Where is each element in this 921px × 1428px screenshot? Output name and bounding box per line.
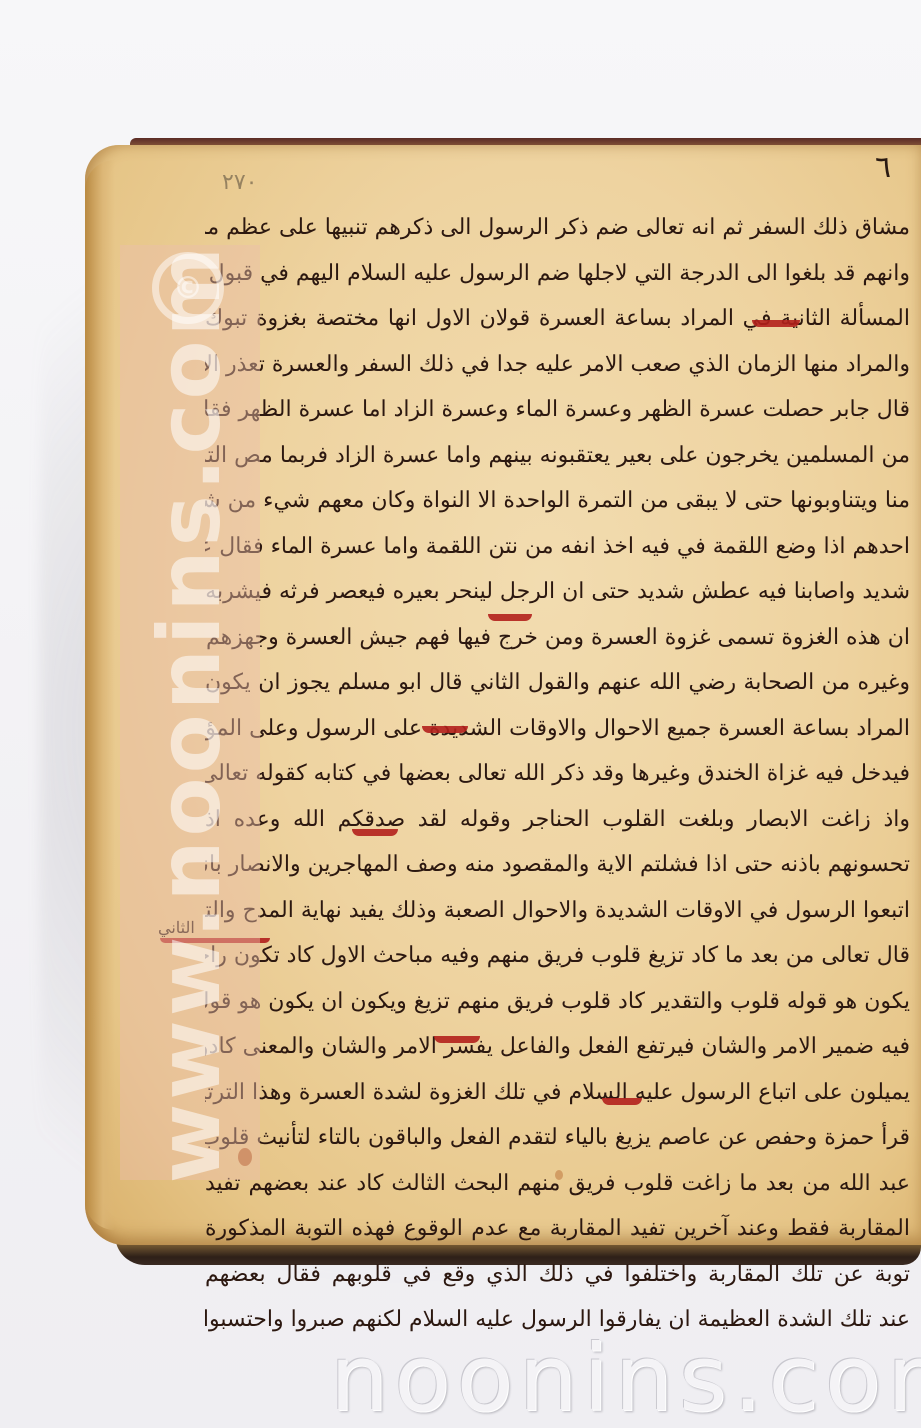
rubric-mark xyxy=(602,1098,642,1105)
folio-number: ٢٧٠ xyxy=(222,170,257,195)
page-worn-edge xyxy=(85,160,115,1230)
text-line: من المسلمين يخرجون على بعير يعتقبونه بين… xyxy=(205,433,910,479)
text-line: المقاربة فقط وعند آخرين تفيد المقاربة مع… xyxy=(205,1206,910,1252)
footer-watermark: noonins.com xyxy=(330,1325,921,1428)
vertical-watermark-text: www.noonins.com xyxy=(140,242,240,1182)
text-line: ان هذه الغزوة تسمى غزوة العسرة ومن خرج ف… xyxy=(205,615,910,661)
vertical-watermark: www.noonins.com xyxy=(120,245,260,1180)
text-line: احدهم اذا وضع اللقمة في فيه اخذ انفه من … xyxy=(205,524,910,570)
rubric-mark xyxy=(752,320,800,327)
text-line: فيدخل فيه غزاة الخندق وغيرها وقد ذكر الل… xyxy=(205,751,910,797)
text-line: عبد الله من بعد ما زاغت قلوب فريق منهم ا… xyxy=(205,1161,910,1207)
text-line: يكون هو قوله قلوب والتقدير كاد قلوب فريق… xyxy=(205,979,910,1025)
text-line: يميلون على اتباع الرسول عليه السلام في ت… xyxy=(205,1070,910,1116)
ink-stain xyxy=(555,1170,563,1180)
text-line: منا ويتناوبونها حتى لا يبقى من التمرة ال… xyxy=(205,478,910,524)
text-line: مشاق ذلك السفر ثم انه تعالى ضم ذكر الرسو… xyxy=(205,205,910,251)
text-line: واذ زاغت الابصار وبلغت القلوب الحناجر وق… xyxy=(205,797,910,843)
text-line: وانهم قد بلغوا الى الدرجة التي لاجلها ضم… xyxy=(205,251,910,297)
text-line: شديد واصابنا فيه عطش شديد حتى ان الرجل ل… xyxy=(205,569,910,615)
rubric-mark xyxy=(434,1036,480,1043)
text-line: اتبعوا الرسول في الاوقات الشديدة والاحوا… xyxy=(205,888,910,934)
rubric-mark xyxy=(488,614,532,621)
text-line: توبة عن تلك المقاربة واختلفوا في ذلك الذ… xyxy=(205,1252,910,1298)
corner-mark: ٦ xyxy=(875,150,891,185)
rubric-mark xyxy=(352,829,398,836)
rubric-mark xyxy=(422,726,468,733)
text-line: تحسونهم باذنه حتى اذا فشلتم الاية والمقص… xyxy=(205,842,910,888)
text-line: قرأ حمزة وحفص عن عاصم يزيغ بالياء لتقدم … xyxy=(205,1115,910,1161)
text-line: قال تعالى من بعد ما كاد تزيغ قلوب فريق م… xyxy=(205,933,910,979)
text-line: وغيره من الصحابة رضي الله عنهم والقول ال… xyxy=(205,660,910,706)
text-line: والمراد منها الزمان الذي صعب الامر عليه … xyxy=(205,342,910,388)
text-line: فيه ضمير الامر والشان فيرتفع الفعل والفا… xyxy=(205,1024,910,1070)
text-line: قال جابر حصلت عسرة الظهر وعسرة الماء وعس… xyxy=(205,387,910,433)
text-line: المراد بساعة العسرة جميع الاحوال والاوقا… xyxy=(205,706,910,752)
text-line: المسألة الثانية في المراد بساعة العسرة ق… xyxy=(205,296,910,342)
